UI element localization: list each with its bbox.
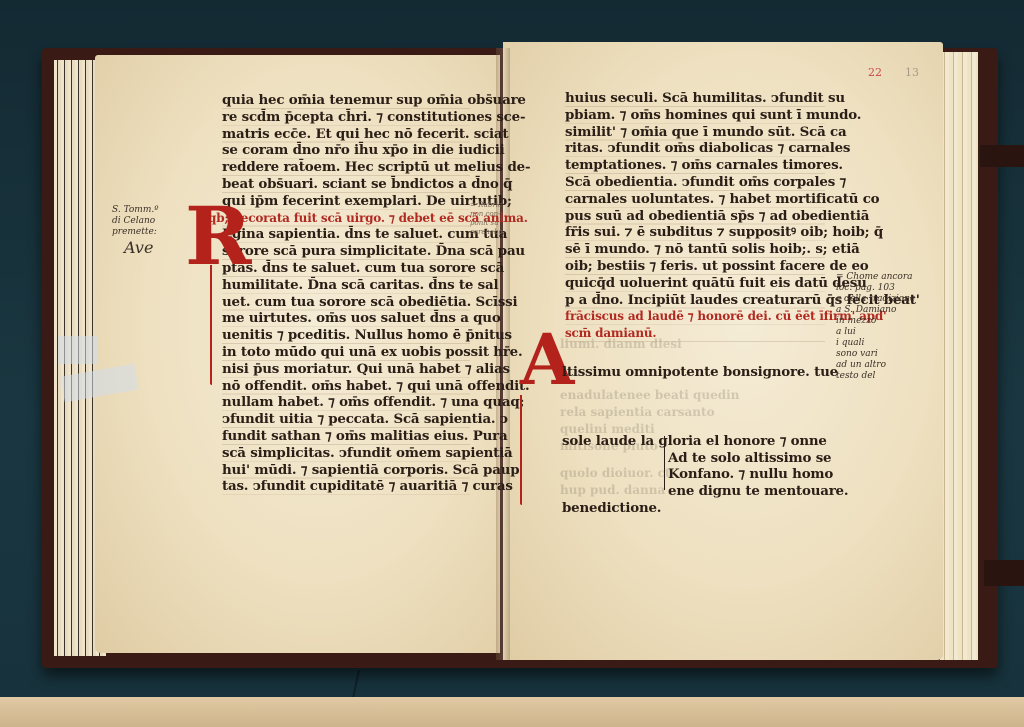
text-line: nisi p̄us moriatur. Qui unā habet ⁊ alia… bbox=[222, 361, 470, 378]
margin-line: non con- bbox=[470, 209, 503, 218]
text-line: fundit sathan ⁊ om̄s malitias eius. Pura bbox=[222, 428, 470, 445]
margin-line: = Chome ancora bbox=[836, 272, 915, 283]
text-line: temptationes. ⁊ om̄s carnales timores. bbox=[565, 157, 825, 174]
canticle-line: benedictione. bbox=[562, 500, 862, 517]
text-line: quia hec om̄ia tenemur sup om̄ia obs̄uar… bbox=[222, 92, 470, 109]
left-page-text: quia hec om̄ia tenemur sup om̄ia obs̄uar… bbox=[222, 92, 470, 495]
margin-line: loc. pag. 103 bbox=[836, 283, 915, 294]
initial-flourish bbox=[520, 395, 522, 505]
margin-note-right: = Chome ancora loc. pag. 103 e della tra… bbox=[836, 272, 915, 382]
text-line: sē ī mundo. ⁊ nō tantū solis hoib;. s; e… bbox=[565, 241, 825, 258]
text-line: quicq̄d uoluerint quātū fuit eis datū de… bbox=[565, 275, 825, 292]
text-line: reddere rat̄oem. Hec scriptū ut melius d… bbox=[222, 159, 470, 176]
text-line: similit' ⁊ om̄ia que ī mundo sūt. Scā ca bbox=[565, 124, 825, 141]
canticle-line: Ad te solo altissimo se bbox=[668, 450, 862, 467]
text-line: fr̄is sui. ⁊ ē subditus ⁊ suppositꝰ oib;… bbox=[565, 224, 825, 241]
right-page-edges bbox=[940, 52, 978, 660]
text-line: beat obs̄uari. sciant se b̄ndictos a d̄n… bbox=[222, 176, 470, 193]
margin-line: = Rubric bbox=[470, 200, 503, 209]
text-line: p a d̄no. Incipiūt laudes creaturarū q̄s… bbox=[565, 292, 825, 309]
initial-flourish bbox=[210, 265, 212, 385]
bracket-mark bbox=[664, 436, 665, 490]
margin-line: S. Tomm.º bbox=[112, 205, 158, 216]
text-line: qui ip̄m fecerint exemplari. De uirtutib… bbox=[222, 193, 470, 210]
clasp-strap-top bbox=[980, 145, 1024, 167]
text-line: Egina sapientia. d̄ns te saluet. cum tua bbox=[222, 226, 470, 243]
text-line: scā simplicitas. ↄfundit om̄em sapientiā bbox=[222, 445, 470, 462]
margin-line: cerchebo bbox=[470, 227, 503, 236]
text-line: nullam habet. ⁊ om̄s offendit. ⁊ una qua… bbox=[222, 394, 470, 411]
text-line: se coram d̄no nr̄o ih̄u xp̄o in die iudi… bbox=[222, 142, 470, 159]
text-line: ↄfundit uitia ⁊ peccata. Scā sapientia. … bbox=[222, 411, 470, 428]
text-line: in toto mūdo qui unā ex uobis possit hr̄… bbox=[222, 344, 470, 361]
canticle-text: ltissimu omnipotente bonsignore. tue sol… bbox=[562, 364, 862, 517]
text-line: ritas. ↄfundit om̄s diabolicas ⁊ carnale… bbox=[565, 140, 825, 157]
canticle-line: ene dignu te mentouare. bbox=[668, 483, 862, 500]
decorated-initial-r: R bbox=[185, 196, 251, 276]
margin-line: testo del bbox=[836, 371, 915, 382]
margin-line: Ave bbox=[112, 238, 158, 258]
margin-note-left: S. Tomm.º di Celano premette: Ave bbox=[112, 205, 158, 258]
text-line: nō offendit. om̄s habet. ⁊ qui unā offen… bbox=[222, 378, 470, 395]
right-page-text: huius seculi. Scā humilitas. ↄfundit su … bbox=[565, 90, 825, 342]
margin-line: i quali bbox=[836, 338, 915, 349]
text-line: tas. ↄfundit cupiditatē ⁊ auaritiā ⁊ cur… bbox=[222, 478, 470, 495]
text-line: uet. cum tua sorore scā obediētia. Scīss… bbox=[222, 294, 470, 311]
text-line: Scā obedientia. ↄfundit om̄s corpales ⁊ bbox=[565, 174, 825, 191]
folio-number-pencil: 13 bbox=[905, 66, 919, 79]
text-line: oib; bestiis ⁊ feris. ut possint facere … bbox=[565, 258, 825, 275]
margin-line: ad un altro bbox=[836, 360, 915, 371]
text-line: humilitate. D̄na scā caritas. d̄ns te sa… bbox=[222, 277, 470, 294]
margin-line: sono vari bbox=[836, 349, 915, 360]
text-line: pus suū ad obedientiā sp̄s ⁊ ad obedient… bbox=[565, 208, 825, 225]
margin-line: a S. Damiano bbox=[836, 305, 915, 316]
ghost-line: liumi. dianm dlesi bbox=[560, 336, 739, 353]
text-line: me uirtutes. om̄s uos saluet d̄ns a quo bbox=[222, 310, 470, 327]
margin-line: ponit su bbox=[470, 218, 503, 227]
clasp-strap-bottom bbox=[984, 560, 1024, 586]
wooden-ledge bbox=[0, 697, 1024, 727]
margin-line: e della tradizione bbox=[836, 294, 915, 305]
canticle-bracketed: Ad te solo altissimo se Konfano. ⁊ nullu… bbox=[668, 450, 862, 500]
margin-note-rubric: = Rubric non con- ponit su cerchebo bbox=[470, 200, 503, 236]
margin-line: di Celano bbox=[112, 216, 158, 227]
canticle-line: Konfano. ⁊ nullu homo bbox=[668, 466, 862, 483]
text-line: uenitis ⁊ pceditis. Nullus homo ē p̄nitu… bbox=[222, 327, 470, 344]
text-line: re scd̄m p̄cepta ch̄ri. ⁊ constitutiones… bbox=[222, 109, 470, 126]
text-line: hui' mūdi. ⁊ sapientiā corporis. Scā pau… bbox=[222, 462, 470, 479]
folio-number-red: 22 bbox=[868, 66, 882, 79]
canticle-line: ltissimu omnipotente bonsignore. tue bbox=[562, 364, 862, 381]
text-line: carnales uoluntates. ⁊ habet mortificatū… bbox=[565, 191, 825, 208]
text-line: sorore scā pura simplicitate. D̄na scā p… bbox=[222, 243, 470, 260]
text-line: huius seculi. Scā humilitas. ↄfundit su bbox=[565, 90, 825, 107]
canticle-line: sole laude la gloria el honore ⁊ onne bbox=[562, 433, 862, 450]
margin-line: premette: bbox=[112, 227, 158, 238]
repair-tape bbox=[58, 336, 98, 364]
margin-line: a lui bbox=[836, 327, 915, 338]
text-line: ptas. d̄ns te saluet. cum tua sorore scā bbox=[222, 260, 470, 277]
margin-line: in mezzo bbox=[836, 316, 915, 327]
text-line: pbiam. ⁊ om̄s homines qui sunt ī mundo. bbox=[565, 107, 825, 124]
text-line: matris ecc̄e. Et qui hec nō fecerit. sci… bbox=[222, 126, 470, 143]
rubric-line: frāciscus ad laudē ⁊ honorē dei. cū ēēt … bbox=[565, 308, 825, 325]
